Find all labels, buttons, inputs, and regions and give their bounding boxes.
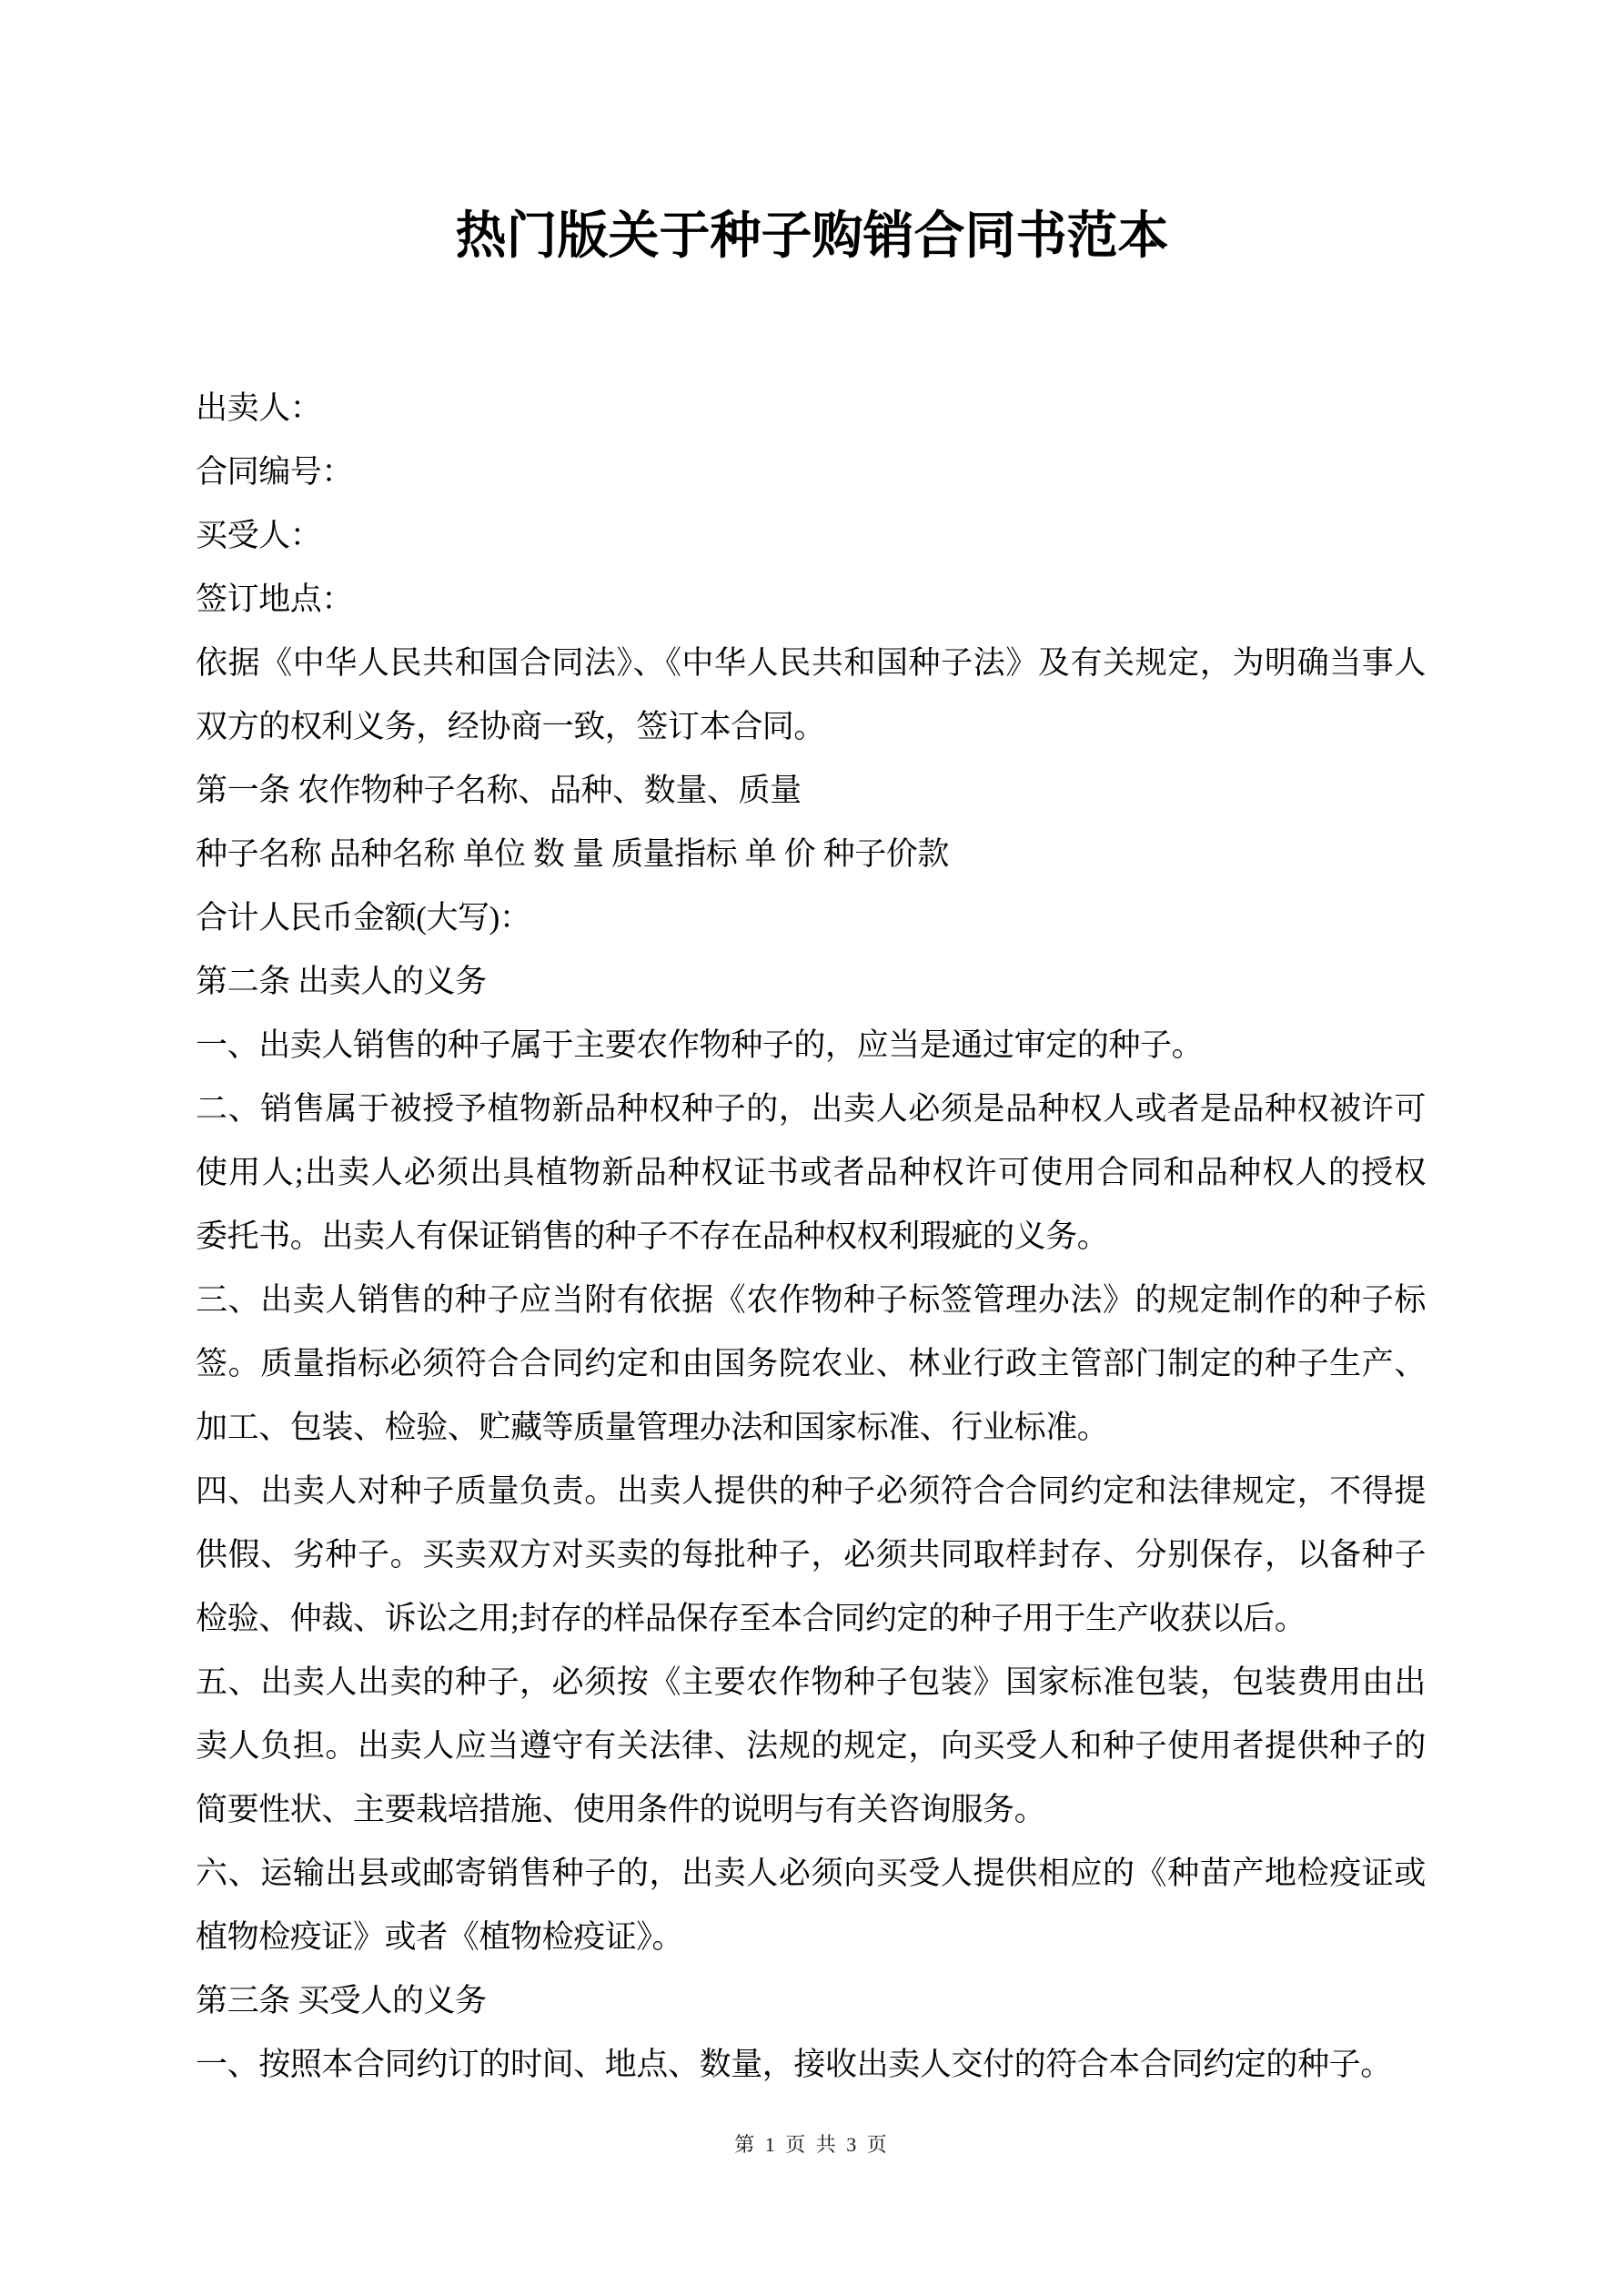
line-clause-2-1: 一、出卖人销售的种子属于主要农作物种子的，应当是通过审定的种子。: [196, 1014, 1426, 1077]
document-title: 热门版关于种子购销合同书范本: [0, 206, 1624, 268]
line-preamble-1: 依据《中华人民共和国合同法》、《中华人民共和国种子法》及有关规定，为明确当事人: [196, 632, 1426, 695]
line-table-headers: 种子名称 品种名称 单位 数 量 质量指标 单 价 种子价款: [196, 823, 1426, 886]
line-clause-2-3b: 签。质量指标必须符合合同约定和由国务院农业、林业行政主管部门制定的种子生产、: [196, 1332, 1426, 1396]
line-clause-2-4c: 检验、仲裁、诉讼之用;封存的样品保存至本合同约定的种子用于生产收获以后。: [196, 1587, 1426, 1651]
line-buyer-label: 买受人：: [196, 504, 1426, 568]
line-clause-2-2b: 使用人;出卖人必须出具植物新品种权证书或者品种权许可使用合同和品种权人的授权: [196, 1141, 1426, 1205]
line-clause-2-5c: 简要性状、主要栽培措施、使用条件的说明与有关咨询服务。: [196, 1778, 1426, 1842]
line-signing-place: 签订地点：: [196, 568, 1426, 632]
line-clause-3-1: 一、按照本合同约订的时间、地点、数量，接收出卖人交付的符合本合同约定的种子。: [196, 2033, 1426, 2097]
line-seller-label: 出卖人：: [196, 377, 1426, 440]
line-clause-2-6a: 六、运输出县或邮寄销售种子的，出卖人必须向买受人提供相应的《种苗产地检疫证或: [196, 1842, 1426, 1906]
line-clause-2-4a: 四、出卖人对种子质量负责。出卖人提供的种子必须符合合同约定和法律规定，不得提: [196, 1460, 1426, 1523]
page-number: 第 1 页 共 3 页: [0, 2124, 1624, 2166]
line-contract-number: 合同编号：: [196, 440, 1426, 504]
line-clause-2-4b: 供假、劣种子。买卖双方对买卖的每批种子，必须共同取样封存、分别保存，以备种子: [196, 1523, 1426, 1587]
line-article-1-heading: 第一条 农作物种子名称、品种、数量、质量: [196, 759, 1426, 823]
line-clause-2-5a: 五、出卖人出卖的种子，必须按《主要农作物种子包装》国家标准包装，包装费用由出: [196, 1651, 1426, 1714]
line-article-2-heading: 第二条 出卖人的义务: [196, 950, 1426, 1014]
line-preamble-2: 双方的权利义务，经协商一致，签订本合同。: [196, 695, 1426, 759]
line-total-amount: 合计人民币金额(大写)：: [196, 886, 1426, 950]
line-clause-2-3a: 三、出卖人销售的种子应当附有依据《农作物种子标签管理办法》的规定制作的种子标: [196, 1269, 1426, 1332]
line-clause-2-6b: 植物检疫证》或者《植物检疫证》。: [196, 1906, 1426, 1969]
line-clause-2-2a: 二、销售属于被授予植物新品种权种子的，出卖人必须是品种权人或者是品种权被许可: [196, 1077, 1426, 1141]
document-body: 出卖人： 合同编号： 买受人： 签订地点： 依据《中华人民共和国合同法》、《中华…: [196, 377, 1426, 2097]
line-clause-2-2c: 委托书。出卖人有保证销售的种子不存在品种权权利瑕疵的义务。: [196, 1205, 1426, 1269]
line-article-3-heading: 第三条 买受人的义务: [196, 1969, 1426, 2033]
document-page: 热门版关于种子购销合同书范本 出卖人： 合同编号： 买受人： 签订地点： 依据《…: [0, 0, 1624, 2296]
line-clause-2-3c: 加工、包装、检验、贮藏等质量管理办法和国家标准、行业标准。: [196, 1396, 1426, 1460]
line-clause-2-5b: 卖人负担。出卖人应当遵守有关法律、法规的规定，向买受人和种子使用者提供种子的: [196, 1714, 1426, 1778]
